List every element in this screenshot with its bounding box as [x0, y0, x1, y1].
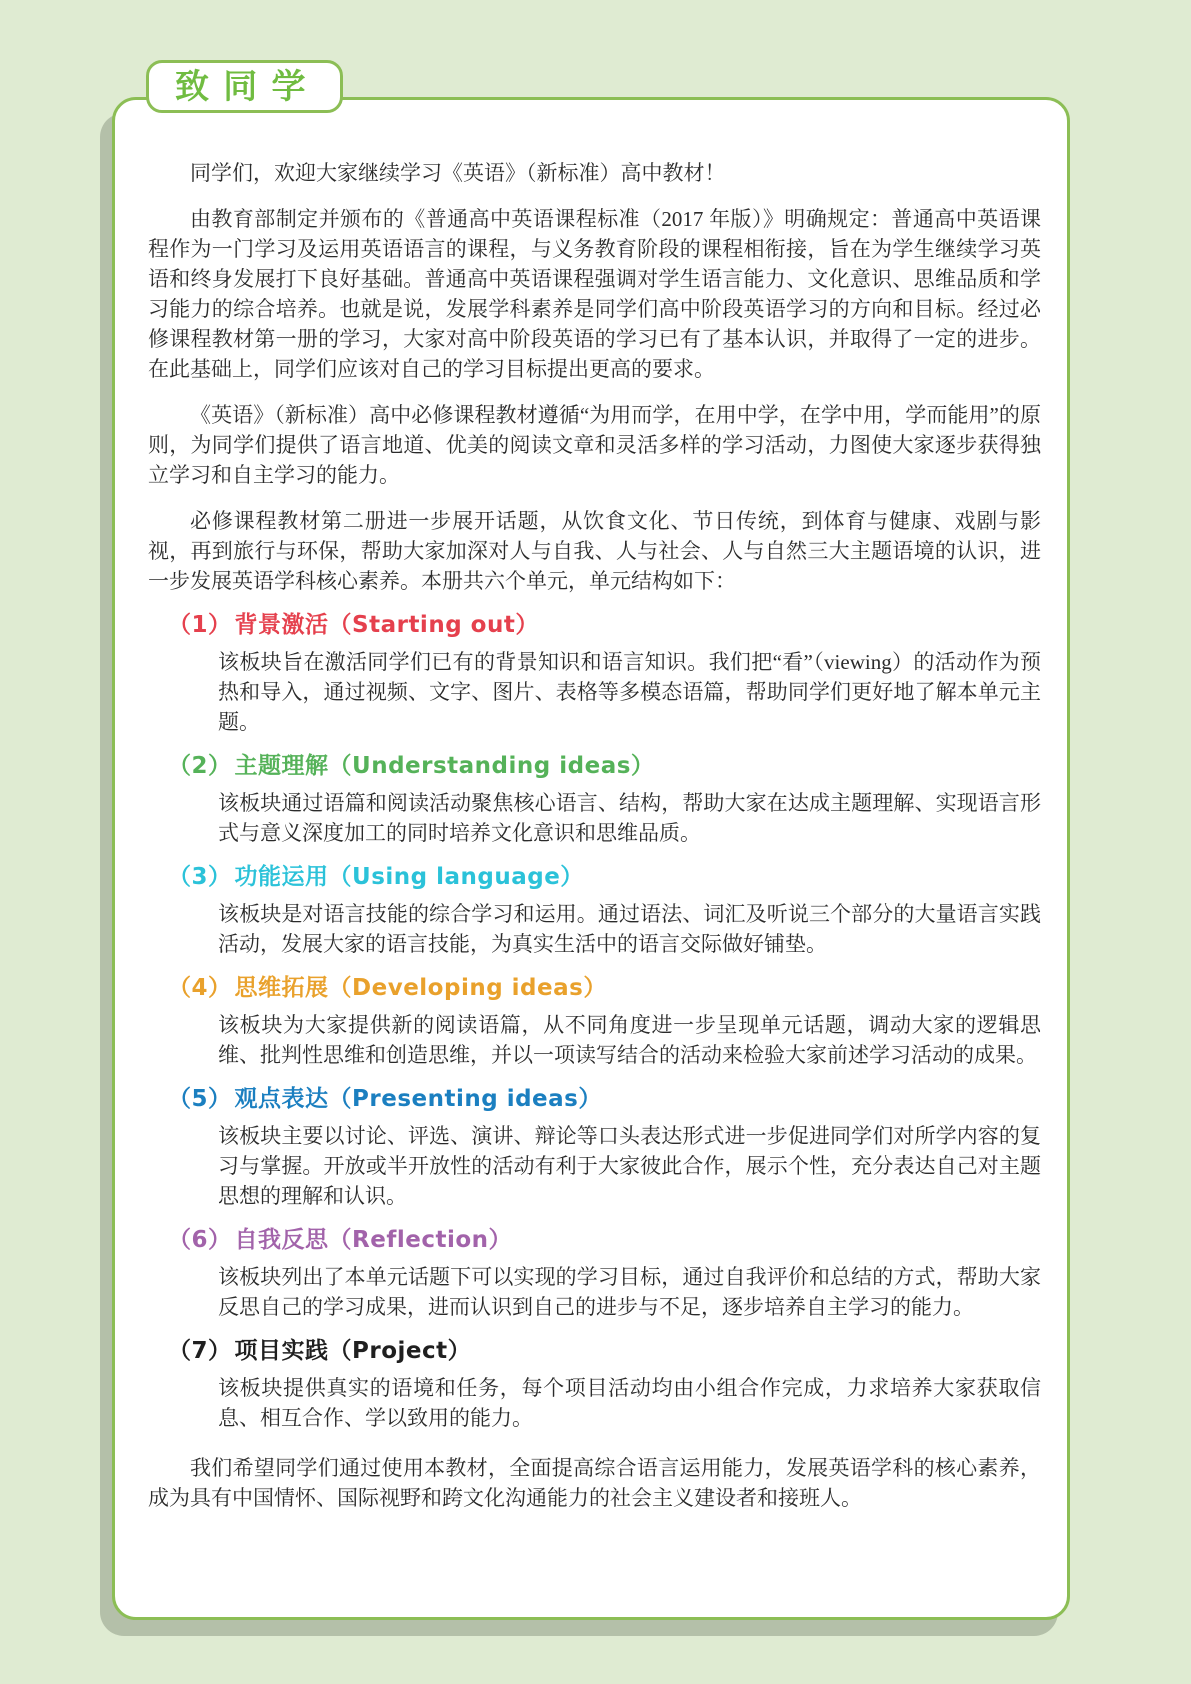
section-reflection: （6）自我反思（Reflection） 该板块列出了本单元话题下可以实现的学习目…	[148, 1228, 1041, 1322]
section-developing-ideas: （4）思维拓展（Developing ideas） 该板块为大家提供新的阅读语篇…	[148, 976, 1041, 1070]
section-title-en: （Presenting ideas）	[329, 1086, 602, 1112]
section-understanding-ideas: （2）主题理解（Understanding ideas） 该板块通过语篇和阅读活…	[148, 754, 1041, 848]
section-title-en: （Using language）	[329, 864, 584, 890]
section-heading: （7）项目实践（Project）	[168, 1339, 1041, 1364]
section-number: （2）	[168, 753, 232, 779]
section-presenting-ideas: （5）观点表达（Presenting ideas） 该板块主要以讨论、评选、演讲…	[148, 1087, 1041, 1211]
section-heading: （6）自我反思（Reflection）	[168, 1228, 1041, 1253]
section-heading: （1）背景激活（Starting out）	[168, 613, 1041, 638]
section-title-zh: 背景激活	[235, 612, 329, 638]
section-title-zh: 项目实践	[235, 1338, 329, 1364]
section-heading: （3）功能运用（Using language）	[168, 865, 1041, 890]
section-title-zh: 思维拓展	[235, 975, 329, 1001]
intro-paragraph-1: 同学们，欢迎大家继续学习《英语》（新标准）高中教材！	[148, 158, 1041, 188]
section-body: 该板块为大家提供新的阅读语篇，从不同角度进一步呈现单元话题，调动大家的逻辑思维、…	[218, 1010, 1041, 1070]
section-body: 该板块旨在激活同学们已有的背景知识和语言知识。我们把“看”（viewing）的活…	[218, 647, 1041, 737]
section-title-zh: 主题理解	[235, 753, 329, 779]
section-title-zh: 观点表达	[235, 1086, 329, 1112]
section-number: （5）	[168, 1086, 232, 1112]
section-heading: （4）思维拓展（Developing ideas）	[168, 976, 1041, 1001]
section-using-language: （3）功能运用（Using language） 该板块是对语言技能的综合学习和运…	[148, 865, 1041, 959]
section-body: 该板块通过语篇和阅读活动聚焦核心语言、结构，帮助大家在达成主题理解、实现语言形式…	[218, 788, 1041, 848]
section-project: （7）项目实践（Project） 该板块提供真实的语境和任务，每个项目活动均由小…	[148, 1339, 1041, 1433]
intro-paragraph-2: 由教育部制定并颁布的《普通高中英语课程标准（2017 年版）》明确规定：普通高中…	[148, 204, 1041, 384]
intro-paragraph-4: 必修课程教材第二册进一步展开话题，从饮食文化、节日传统，到体育与健康、戏剧与影视…	[148, 506, 1041, 596]
section-heading: （5）观点表达（Presenting ideas）	[168, 1087, 1041, 1112]
content-panel: 同学们，欢迎大家继续学习《英语》（新标准）高中教材！ 由教育部制定并颁布的《普通…	[112, 97, 1070, 1620]
section-number: （4）	[168, 975, 232, 1001]
section-number: （7）	[168, 1338, 232, 1364]
section-title-en: （Reflection）	[329, 1227, 513, 1253]
section-title-en: （Developing ideas）	[329, 975, 607, 1001]
closing-paragraph: 我们希望同学们通过使用本教材，全面提高综合语言运用能力，发展英语学科的核心素养，…	[148, 1453, 1041, 1513]
section-starting-out: （1）背景激活（Starting out） 该板块旨在激活同学们已有的背景知识和…	[148, 613, 1041, 737]
page-title-badge: 致同学	[146, 60, 343, 113]
content-area: 同学们，欢迎大家继续学习《英语》（新标准）高中教材！ 由教育部制定并颁布的《普通…	[148, 158, 1041, 1529]
section-heading: （2）主题理解（Understanding ideas）	[168, 754, 1041, 779]
section-body: 该板块主要以讨论、评选、演讲、辩论等口头表达形式进一步促进同学们对所学内容的复习…	[218, 1121, 1041, 1211]
section-title-zh: 自我反思	[235, 1227, 329, 1253]
section-body: 该板块列出了本单元话题下可以实现的学习目标，通过自我评价和总结的方式，帮助大家反…	[218, 1262, 1041, 1322]
intro-paragraph-3: 《英语》（新标准）高中必修课程教材遵循“为用而学，在用中学，在学中用，学而能用”…	[148, 400, 1041, 490]
section-title-zh: 功能运用	[235, 864, 329, 890]
section-title-en: （Project）	[329, 1338, 472, 1364]
section-number: （1）	[168, 612, 232, 638]
page-title: 致同学	[175, 67, 320, 107]
section-title-en: （Starting out）	[329, 612, 539, 638]
section-number: （3）	[168, 864, 232, 890]
section-title-en: （Understanding ideas）	[329, 753, 655, 779]
section-body: 该板块提供真实的语境和任务，每个项目活动均由小组合作完成，力求培养大家获取信息、…	[218, 1373, 1041, 1433]
section-number: （6）	[168, 1227, 232, 1253]
section-body: 该板块是对语言技能的综合学习和运用。通过语法、词汇及听说三个部分的大量语言实践活…	[218, 899, 1041, 959]
page-background: 致同学 同学们，欢迎大家继续学习《英语》（新标准）高中教材！ 由教育部制定并颁布…	[0, 0, 1191, 1684]
